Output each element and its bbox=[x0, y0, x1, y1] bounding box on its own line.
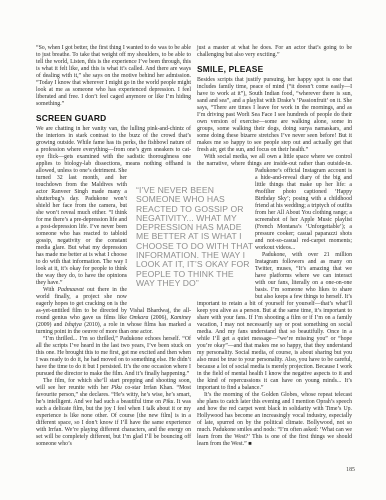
paragraph-text: We are chatting in her vanity van, the l… bbox=[36, 126, 191, 174]
paragraph-piku-reunion: The film, for which she’ll start preppin… bbox=[36, 378, 191, 448]
paragraph-text: It’s the morning of the Golden Globes, w… bbox=[197, 392, 352, 447]
pull-quote: “I’VE NEVER BEEN SOMEONE WHO HAS REACTED… bbox=[136, 186, 254, 288]
paragraph-text: “I’m thrilled... I’m so thrilled,” Paduk… bbox=[36, 336, 191, 377]
section-heading-smile-please: SMILE, PLEASE bbox=[197, 64, 352, 74]
paragraph-thrilled: “I’m thrilled... I’m so thrilled,” Paduk… bbox=[36, 336, 191, 378]
paragraph-text: The film, for which she’ll start preppin… bbox=[36, 378, 191, 447]
paragraph-text: Besides scripts that justify pursuing, h… bbox=[197, 77, 352, 153]
paragraph-text: outside-in. Padukone’s official Instagra… bbox=[255, 161, 352, 251]
paragraph-happy-spot: Besides scripts that justify pursuing, h… bbox=[197, 77, 352, 154]
paragraph-continuation: just a master at what he does. For an ac… bbox=[197, 45, 352, 59]
page-number: 185 bbox=[346, 467, 355, 473]
section-heading-screen-guard: SCREEN GUARD bbox=[36, 113, 191, 123]
paragraph-intro-quote: “So, when I got better, the first thing … bbox=[36, 45, 191, 108]
paragraph-golden-globes: It’s the morning of the Golden Globes, w… bbox=[197, 392, 352, 448]
paragraph-text: just a master at what he does. For an ac… bbox=[197, 45, 352, 58]
paragraph-text: “So, when I got better, the first thing … bbox=[36, 45, 191, 107]
paragraph-text: She turned 32 last month, and her touchd… bbox=[36, 168, 127, 286]
magazine-page: “So, when I got better, the first thing … bbox=[0, 0, 386, 500]
